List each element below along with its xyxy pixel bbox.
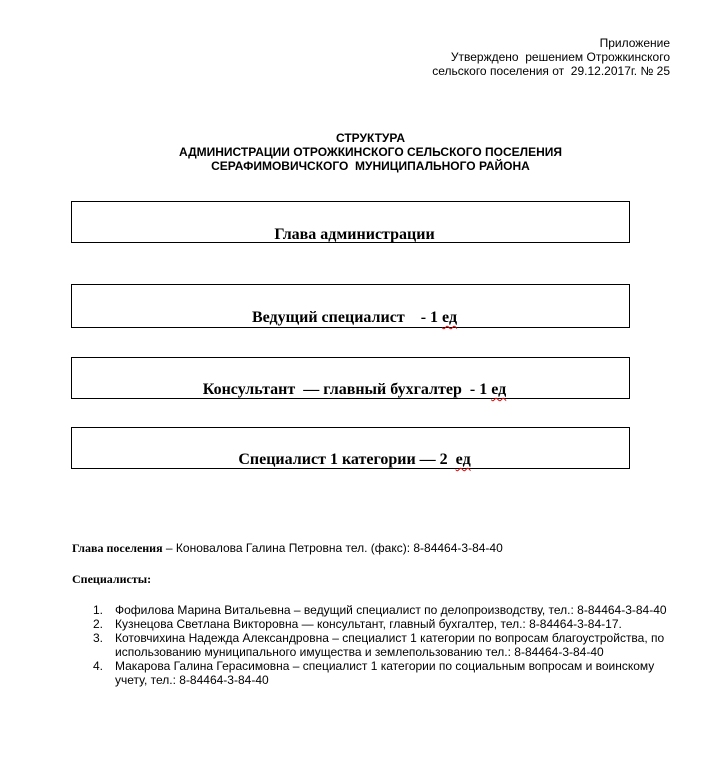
approval-line-1: Приложение bbox=[432, 36, 670, 50]
list-item: 4. Макарова Галина Герасимовна – специал… bbox=[93, 659, 673, 687]
list-item: 3. Котовчихина Надежда Александровна – с… bbox=[93, 631, 673, 659]
settlement-head-info: Глава поселения – Коновалова Галина Петр… bbox=[72, 541, 503, 555]
list-item-number: 1. bbox=[93, 603, 103, 617]
structure-box-label: Глава администрации bbox=[274, 225, 434, 245]
structure-box-unit: ед bbox=[442, 309, 457, 326]
list-item-text: Макарова Галина Герасимовна – специалист… bbox=[115, 659, 673, 687]
settlement-head-text: – Коновалова Галина Петровна тел. (факс)… bbox=[163, 541, 503, 555]
list-item-number: 2. bbox=[93, 617, 103, 631]
approval-note: ПриложениеУтверждено решением Отрожкинск… bbox=[432, 36, 670, 78]
specialists-heading: Специалисты: bbox=[72, 572, 151, 586]
structure-box-unit: ед bbox=[456, 451, 471, 468]
structure-box-specialist-cat1: Специалист 1 категории — 2 ед bbox=[71, 427, 630, 469]
approval-line-3: сельского поселения от 29.12.2017г. № 25 bbox=[432, 64, 670, 78]
structure-box-label: Ведущий специалист - 1 bbox=[252, 308, 442, 328]
list-item-number: 3. bbox=[93, 631, 103, 645]
specialists-list: 1. Фофилова Марина Витальевна – ведущий … bbox=[93, 603, 673, 687]
structure-box-label: Консультант — главный бухгалтер - 1 bbox=[203, 380, 491, 400]
structure-box-consultant: Консультант — главный бухгалтер - 1 ед bbox=[71, 357, 630, 399]
list-item: 2. Кузнецова Светлана Викторовна — консу… bbox=[93, 617, 673, 631]
structure-box-head: Глава администрации bbox=[71, 201, 630, 243]
list-item: 1. Фофилова Марина Витальевна – ведущий … bbox=[93, 603, 673, 617]
list-item-text: Котовчихина Надежда Александровна – спец… bbox=[115, 631, 673, 659]
list-item-text: Фофилова Марина Витальевна – ведущий спе… bbox=[115, 603, 673, 617]
settlement-head-label: Глава поселения bbox=[72, 541, 163, 555]
list-item-text: Кузнецова Светлана Викторовна — консульт… bbox=[115, 617, 673, 631]
title-line-2: АДМИНИСТРАЦИИ ОТРОЖКИНСКОГО СЕЛЬСКОГО ПО… bbox=[0, 145, 701, 159]
approval-line-2: Утверждено решением Отрожкинского bbox=[432, 50, 670, 64]
title-line-1: СТРУКТУРА bbox=[0, 131, 701, 145]
structure-box-label: Специалист 1 категории — 2 bbox=[238, 450, 455, 470]
title-line-3: СЕРАФИМОВИЧСКОГО МУНИЦИПАЛЬНОГО РАЙОНА bbox=[0, 159, 701, 173]
structure-box-unit: ед bbox=[491, 381, 506, 398]
document-title: СТРУКТУРААДМИНИСТРАЦИИ ОТРОЖКИНСКОГО СЕЛ… bbox=[0, 131, 701, 173]
list-item-number: 4. bbox=[93, 659, 103, 673]
structure-box-lead-specialist: Ведущий специалист - 1 ед bbox=[71, 284, 630, 328]
